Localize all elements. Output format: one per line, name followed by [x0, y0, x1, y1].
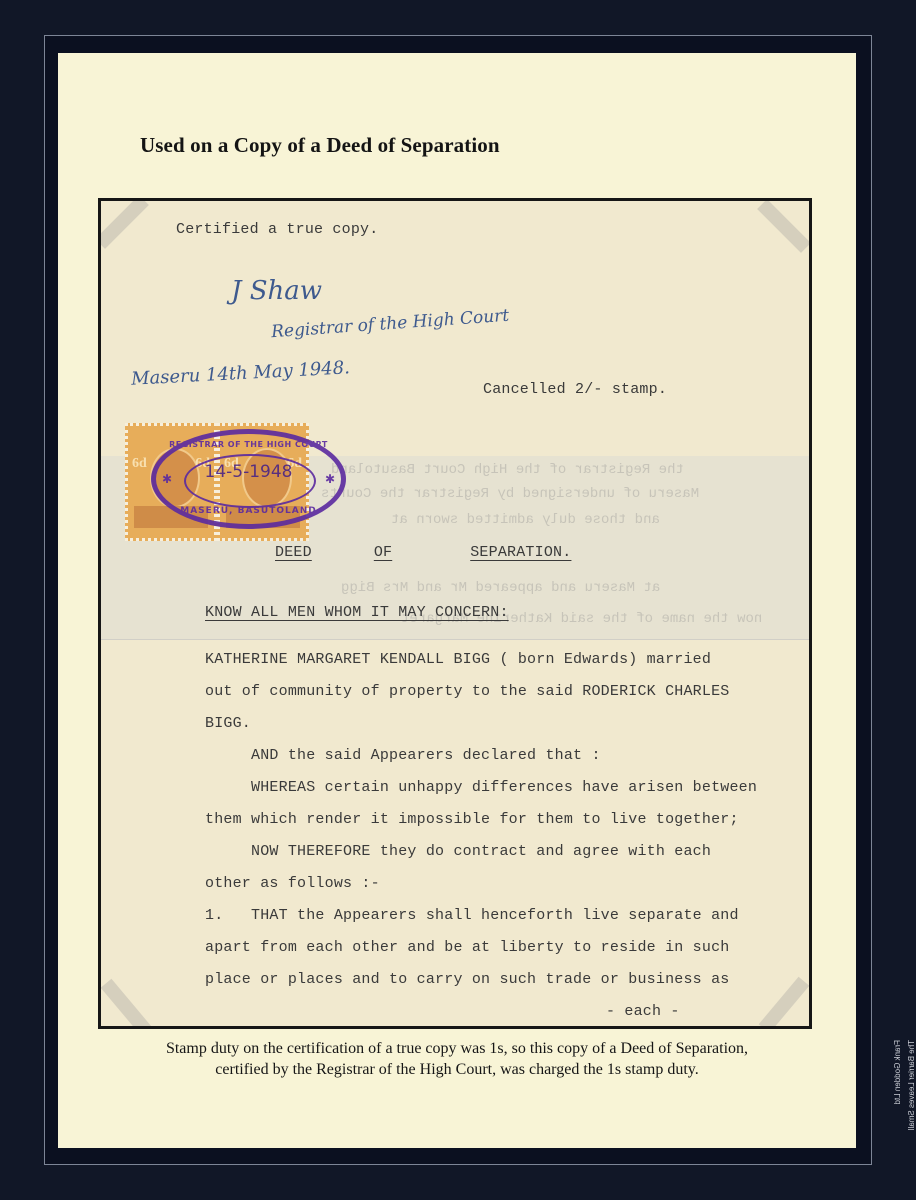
deed-line: 1. THAT the Appearers shall henceforth l… — [205, 907, 739, 924]
deed-line: other as follows :- — [205, 875, 380, 892]
certified-line: Certified a true copy. — [176, 221, 378, 238]
deed-line: out of community of property to the said… — [205, 683, 729, 700]
photo-corner-bottom-left — [101, 979, 152, 1029]
deed-document: the Registrar of the High Court Basutola… — [98, 198, 812, 1029]
page-title: Used on a Copy of a Deed of Separation — [140, 133, 500, 158]
side-label-line: The Barrier Leaves Small — [907, 1040, 916, 1130]
registrar-title-handwritten: Registrar of the High Court — [271, 306, 510, 343]
cancel-ring-top-text: REGISTRAR OF THE HIGH COURT — [156, 440, 341, 449]
photo-corner-bottom-right — [759, 977, 810, 1029]
catchword: - each - — [606, 1003, 680, 1020]
cancelled-stamp-note: Cancelled 2/- stamp. — [483, 381, 667, 398]
heading-word: SEPARATION. — [470, 544, 571, 561]
deed-line: KATHERINE MARGARET KENDALL BIGG ( born E… — [205, 651, 711, 668]
stamp-value: 6d — [132, 456, 147, 472]
mount-maker-label: Frank Godden Ltd The Barrier Leaves Smal… — [863, 1040, 916, 1150]
deed-line: apart from each other and be at liberty … — [205, 939, 729, 956]
heading-word: OF — [374, 544, 392, 561]
page-caption: Stamp duty on the certification of a tru… — [58, 1038, 856, 1080]
deed-line: AND the said Appearers declared that : — [205, 747, 601, 764]
deed-line: NOW THEREFORE they do contract and agree… — [205, 843, 711, 860]
deed-heading: DEEDOFSEPARATION. — [275, 544, 571, 561]
side-label-line: Frank Godden Ltd — [893, 1040, 902, 1104]
registrar-cancel-handstamp: REGISTRAR OF THE HIGH COURT ✱ ✱ 14-5-194… — [151, 429, 346, 529]
cancel-date: 14-5-1948 — [156, 462, 341, 482]
deed-line: WHEREAS certain unhappy differences have… — [205, 779, 757, 796]
deed-line: place or places and to carry on such tra… — [205, 971, 729, 988]
ghost-text: and those duly admitted sworn at — [391, 512, 660, 528]
ghost-text: at Maseru and appeared Mr and Mrs Bigg — [341, 580, 660, 596]
place-date-handwritten: Maseru 14th May 1948. — [131, 357, 351, 389]
cancel-ring-bottom-text: MASERU, BASUTOLAND — [156, 506, 341, 516]
album-page: Used on a Copy of a Deed of Separation t… — [58, 53, 856, 1148]
photo-corner-top-right — [757, 199, 811, 253]
ghost-text: Maseru of undersigned by Registrar the C… — [321, 486, 699, 502]
heading-word: DEED — [275, 544, 312, 561]
deed-subheading: KNOW ALL MEN WHOM IT MAY CONCERN: — [205, 604, 509, 621]
photo-corner-top-left — [98, 198, 149, 249]
caption-line: certified by the Registrar of the High C… — [58, 1059, 856, 1080]
deed-line: BIGG. — [205, 715, 251, 732]
registrar-signature: J Shaw — [231, 276, 322, 306]
ghost-text: the Registrar of the High Court Basutola… — [331, 462, 684, 478]
caption-line: Stamp duty on the certification of a tru… — [58, 1038, 856, 1059]
deed-line: them which render it impossible for them… — [205, 811, 739, 828]
